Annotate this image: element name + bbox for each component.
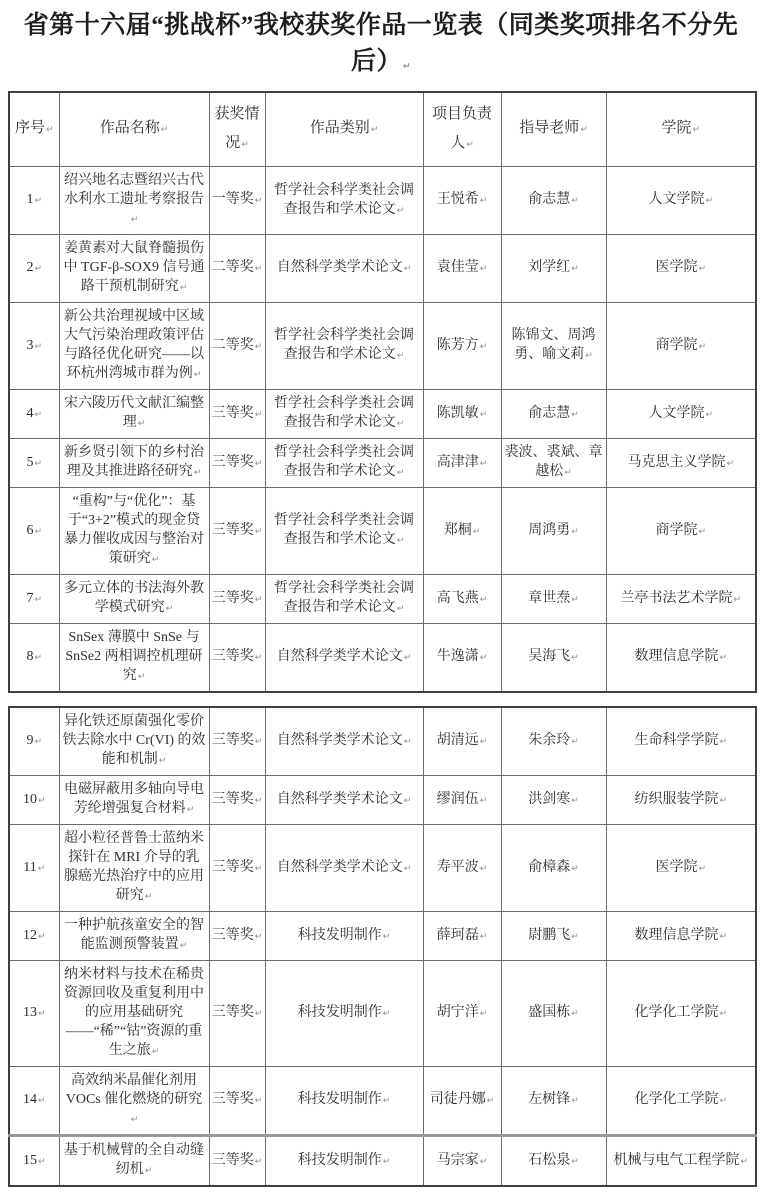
cell-text: 三等奖 (212, 523, 254, 538)
cell-text: 章世焘 (528, 591, 570, 606)
paragraph-mark: ↵ (397, 206, 405, 216)
cell-text: 高飞燕 (437, 591, 479, 606)
page-title: 省第十六届“挑战杯”我校获奖作品一览表（同类奖项排名不分先后）↵ (8, 8, 754, 85)
cell-text: 三等奖 (212, 860, 254, 875)
page-title-text: 省第十六届“挑战杯”我校获奖作品一览表（同类奖项排名不分先后） (24, 12, 739, 75)
paragraph-mark: ↵ (571, 737, 579, 747)
cell-college: 纺织服装学院↵ (606, 776, 756, 825)
cell-category: 自然科学类学术论文↵ (265, 707, 423, 776)
paragraph-mark: ↵ (397, 604, 405, 614)
paragraph-mark: ↵ (480, 653, 488, 663)
paragraph-mark: ↵ (383, 1096, 391, 1106)
cell-text: 13 (23, 1005, 37, 1020)
paragraph-mark: ↵ (255, 459, 263, 469)
cell-category: 自然科学类学术论文↵ (265, 235, 423, 303)
cell-no: 3↵ (9, 303, 59, 390)
cell-text: 三等奖 (212, 1092, 254, 1107)
paragraph-mark: ↵ (255, 1009, 263, 1019)
paragraph-mark: ↵ (571, 595, 579, 605)
cell-text: 哲学社会科学类社会调查报告和学术论文 (274, 581, 414, 615)
cell-category: 科技发明制作↵ (265, 912, 423, 961)
paragraph-mark: ↵ (34, 737, 42, 747)
paragraph-mark: ↵ (255, 342, 263, 352)
cell-college: 人文学院↵ (606, 167, 756, 235)
cell-text: 科技发明制作 (298, 1153, 382, 1168)
paragraph-mark: ↵ (698, 264, 706, 274)
cell-award: 三等奖↵ (209, 390, 265, 439)
cell-advisor: 裘波、裘斌、章越松↵ (501, 439, 606, 488)
cell-advisor: 陈锦文、周鸿勇、喻文莉↵ (501, 303, 606, 390)
paragraph-mark: ↵ (46, 125, 54, 135)
paragraph-mark: ↵ (571, 864, 579, 874)
paragraph-mark: ↵ (480, 196, 488, 206)
cell-text: 人文学院 (648, 192, 704, 207)
paragraph-mark: ↵ (152, 555, 160, 565)
paragraph-mark: ↵ (255, 527, 263, 537)
cell-title: 高效纳米晶催化剂用 VOCs 催化燃烧的研究↵ (59, 1067, 209, 1136)
cell-title: 异化铁还原菌强化零价铁去除水中 Cr(VI) 的效能和机制↵ (59, 707, 209, 776)
paragraph-mark: ↵ (571, 264, 579, 274)
cell-title: 宋六陵历代文献汇编整理↵ (59, 390, 209, 439)
cell-category: 自然科学类学术论文↵ (265, 776, 423, 825)
cell-text: 马宗家 (437, 1153, 479, 1168)
paragraph-mark: ↵ (404, 264, 412, 274)
cell-advisor: 俞志慧↵ (501, 167, 606, 235)
cell-leader: 马宗家↵ (423, 1136, 501, 1187)
paragraph-mark: ↵ (480, 459, 488, 469)
paragraph-mark: ↵ (719, 737, 727, 747)
cell-text: 学院 (661, 120, 691, 136)
paragraph-mark: ↵ (255, 1157, 263, 1167)
cell-text: 新乡贤引领下的乡村治理及其推进路径研究 (64, 445, 204, 479)
awards-table-body-2: 9↵异化铁还原菌强化零价铁去除水中 Cr(VI) 的效能和机制↵三等奖↵自然科学… (9, 707, 756, 1186)
paragraph-mark: ↵ (161, 125, 169, 135)
cell-category: 科技发明制作↵ (265, 1136, 423, 1187)
cell-text: 俞樟森 (528, 860, 570, 875)
cell-text: 朱余玲 (528, 733, 570, 748)
cell-category: 哲学社会科学类社会调查报告和学术论文↵ (265, 575, 423, 624)
cell-text: 自然科学类学术论文 (277, 260, 403, 275)
cell-text: 12 (23, 928, 37, 943)
cell-text: 周鸿勇 (528, 523, 570, 538)
cell-text: 一等奖 (212, 192, 254, 207)
cell-award: 三等奖↵ (209, 707, 265, 776)
paragraph-mark: ↵ (571, 653, 579, 663)
cell-text: 5 (26, 455, 33, 470)
paragraph-mark: ↵ (255, 410, 263, 420)
paragraph-mark: ↵ (719, 1009, 727, 1019)
paragraph-mark: ↵ (571, 1157, 579, 1167)
cell-advisor: 盛国栋↵ (501, 961, 606, 1067)
cell-title: 电磁屏蔽用多轴向导电芳纶增强复合材料↵ (59, 776, 209, 825)
paragraph-mark: ↵ (38, 932, 46, 942)
cell-text: 三等奖 (212, 928, 254, 943)
table-row: 1↵绍兴地名志暨绍兴古代水利水工遗址考察报告↵一等奖↵哲学社会科学类社会调查报告… (9, 167, 756, 235)
paragraph-mark: ↵ (187, 805, 195, 815)
cell-college: 兰亭书法艺术学院↵ (606, 575, 756, 624)
cell-text: 三等奖 (212, 455, 254, 470)
cell-text: 6 (26, 523, 33, 538)
cell-advisor: 洪剑寒↵ (501, 776, 606, 825)
cell-category: 科技发明制作↵ (265, 961, 423, 1067)
cell-text: 自然科学类学术论文 (277, 649, 403, 664)
table-row: 15↵基于机械臂的全自动缝纫机↵三等奖↵科技发明制作↵马宗家↵石松泉↵机械与电气… (9, 1136, 756, 1187)
cell-text: 生命科学学院 (634, 733, 718, 748)
paragraph-mark: ↵ (255, 1096, 263, 1106)
paragraph-mark: ↵ (255, 796, 263, 806)
paragraph-mark: ↵ (38, 796, 46, 806)
cell-text: 尉鹏飞 (528, 928, 570, 943)
cell-college: 机械与电气工程学院↵ (606, 1136, 756, 1187)
cell-text: 纳米材料与技术在稀贵资源回收及重复利用中的应用基础研究——“稀”“钴”资源的重生… (64, 967, 204, 1058)
cell-text: “重构”与“优化”：基于“3+2”模式的现金贷暴力催收成因与整治对策研究 (64, 494, 204, 566)
cell-college: 数理信息学院↵ (606, 912, 756, 961)
paragraph-mark: ↵ (404, 737, 412, 747)
cell-text: 三等奖 (212, 406, 254, 421)
paragraph-mark: ↵ (698, 342, 706, 352)
paragraph-mark: ↵ (692, 125, 700, 135)
cell-leader: 牛逸潇↵ (423, 624, 501, 693)
cell-award: 三等奖↵ (209, 624, 265, 693)
cell-advisor: 周鸿勇↵ (501, 488, 606, 575)
cell-college: 生命科学学院↵ (606, 707, 756, 776)
cell-text: 司徒丹娜 (430, 1092, 486, 1107)
paragraph-mark: ↵ (255, 653, 263, 663)
paragraph-mark: ↵ (480, 1009, 488, 1019)
cell-category: 自然科学类学术论文↵ (265, 825, 423, 912)
cell-no: 8↵ (9, 624, 59, 693)
paragraph-mark: ↵ (397, 468, 405, 478)
paragraph-mark: ↵ (564, 468, 572, 478)
paragraph-mark: ↵ (571, 1096, 579, 1106)
paragraph-mark: ↵ (480, 410, 488, 420)
table-row: 13↵纳米材料与技术在稀贵资源回收及重复利用中的应用基础研究——“稀”“钴”资源… (9, 961, 756, 1067)
paragraph-mark: ↵ (487, 1096, 495, 1106)
paragraph-mark: ↵ (138, 419, 146, 429)
paragraph-mark: ↵ (705, 410, 713, 420)
cell-college: 数理信息学院↵ (606, 624, 756, 693)
paragraph-mark: ↵ (698, 527, 706, 537)
paragraph-mark: ↵ (571, 527, 579, 537)
cell-text: 自然科学类学术论文 (277, 860, 403, 875)
cell-no: 2↵ (9, 235, 59, 303)
cell-text: 基于机械臂的全自动缝纫机 (64, 1143, 204, 1177)
table-row: 11↵超小粒径普鲁士蓝纳米探针在 MRI 介导的乳腺癌光热治疗中的应用研究↵三等… (9, 825, 756, 912)
cell-leader: 缪润伍↵ (423, 776, 501, 825)
cell-advisor: 尉鹏飞↵ (501, 912, 606, 961)
paragraph-mark: ↵ (255, 932, 263, 942)
header-no: 序号↵ (9, 92, 59, 167)
cell-text: 三等奖 (212, 733, 254, 748)
paragraph-mark: ↵ (705, 196, 713, 206)
cell-text: 10 (23, 792, 37, 807)
paragraph-mark: ↵ (580, 125, 588, 135)
cell-no: 11↵ (9, 825, 59, 912)
cell-title: 一种护航孩童安全的智能监测预警装置↵ (59, 912, 209, 961)
cell-text: SnSex 薄膜中 SnSe 与 SnSe2 两相调控机理研究 (65, 630, 202, 683)
table-row: 4↵宋六陵历代文献汇编整理↵三等奖↵哲学社会科学类社会调查报告和学术论文↵陈凯敏… (9, 390, 756, 439)
cell-text: 化学化工学院 (634, 1092, 718, 1107)
paragraph-mark: ↵ (719, 1096, 727, 1106)
paragraph-mark: ↵ (404, 653, 412, 663)
paragraph-mark: ↵ (719, 796, 727, 806)
paragraph-mark: ↵ (397, 536, 405, 546)
cell-award: 一等奖↵ (209, 167, 265, 235)
cell-text: 胡宁洋 (437, 1005, 479, 1020)
cell-award: 三等奖↵ (209, 825, 265, 912)
cell-leader: 高飞燕↵ (423, 575, 501, 624)
cell-award: 二等奖↵ (209, 303, 265, 390)
paragraph-mark: ↵ (733, 595, 741, 605)
paragraph-mark: ↵ (145, 892, 153, 902)
cell-text: 指导老师 (519, 120, 579, 136)
cell-text: 左树锋 (528, 1092, 570, 1107)
cell-award: 三等奖↵ (209, 961, 265, 1067)
table-row: 5↵新乡贤引领下的乡村治理及其推进路径研究↵三等奖↵哲学社会科学类社会调查报告和… (9, 439, 756, 488)
paragraph-mark: ↵ (255, 196, 263, 206)
cell-title: 新公共治理视域中区域大气污染治理政策评估与路径优化研究——以环杭州湾城市群为例↵ (59, 303, 209, 390)
cell-title: 超小粒径普鲁士蓝纳米探针在 MRI 介导的乳腺癌光热治疗中的应用研究↵ (59, 825, 209, 912)
cell-title: 多元立体的书法海外教学模式研究↵ (59, 575, 209, 624)
cell-text: 胡清远 (437, 733, 479, 748)
cell-text: 科技发明制作 (298, 928, 382, 943)
cell-no: 14↵ (9, 1067, 59, 1136)
paragraph-mark: ↵ (740, 1157, 748, 1167)
cell-leader: 胡清远↵ (423, 707, 501, 776)
cell-text: 牛逸潇 (437, 649, 479, 664)
cell-category: 哲学社会科学类社会调查报告和学术论文↵ (265, 439, 423, 488)
cell-text: 吴海飞 (528, 649, 570, 664)
cell-text: 数理信息学院 (634, 649, 718, 664)
cell-text: 陈凯敏 (437, 406, 479, 421)
cell-text: 俞志慧 (528, 192, 570, 207)
paragraph-mark: ↵ (480, 737, 488, 747)
cell-award: 三等奖↵ (209, 575, 265, 624)
header-category: 作品类别↵ (265, 92, 423, 167)
cell-text: 11 (23, 860, 36, 875)
cell-advisor: 左树锋↵ (501, 1067, 606, 1136)
cell-text: 8 (26, 649, 33, 664)
cell-category: 哲学社会科学类社会调查报告和学术论文↵ (265, 303, 423, 390)
paragraph-mark: ↵ (194, 468, 202, 478)
cell-advisor: 俞樟森↵ (501, 825, 606, 912)
paragraph-mark: ↵ (571, 196, 579, 206)
cell-text: 高津津 (437, 455, 479, 470)
paragraph-mark: ↵ (34, 264, 42, 274)
cell-award: 三等奖↵ (209, 488, 265, 575)
paragraph-mark: ↵ (404, 864, 412, 874)
cell-text: 高效纳米晶催化剂用 VOCs 催化燃烧的研究 (66, 1073, 203, 1107)
cell-college: 化学化工学院↵ (606, 1067, 756, 1136)
paragraph-mark: ↵ (726, 459, 734, 469)
paragraph-mark: ↵ (241, 140, 249, 150)
paragraph-mark: ↵ (473, 527, 481, 537)
header-row: 序号↵作品名称↵获奖情况↵作品类别↵项目负责人↵指导老师↵学院↵ (9, 92, 756, 167)
cell-text: 盛国栋 (528, 1005, 570, 1020)
cell-leader: 薛珂磊↵ (423, 912, 501, 961)
cell-text: 机械与电气工程学院 (613, 1153, 739, 1168)
cell-text: 洪剑寒 (528, 792, 570, 807)
cell-no: 12↵ (9, 912, 59, 961)
table-row: 3↵新公共治理视域中区域大气污染治理政策评估与路径优化研究——以环杭州湾城市群为… (9, 303, 756, 390)
paragraph-mark: ↵ (34, 459, 42, 469)
paragraph-mark: ↵ (404, 796, 412, 806)
cell-text: 商学院 (655, 338, 697, 353)
paragraph-mark: ↵ (571, 1009, 579, 1019)
paragraph-mark: ↵ (383, 932, 391, 942)
cell-text: 医学院 (655, 260, 697, 275)
paragraph-mark: ↵ (38, 864, 46, 874)
cell-category: 哲学社会科学类社会调查报告和学术论文↵ (265, 390, 423, 439)
table-row: 14↵高效纳米晶催化剂用 VOCs 催化燃烧的研究↵三等奖↵科技发明制作↵司徒丹… (9, 1067, 756, 1136)
cell-college: 医学院↵ (606, 235, 756, 303)
cell-text: 7 (26, 591, 33, 606)
cell-text: 电磁屏蔽用多轴向导电芳纶增强复合材料 (64, 782, 204, 816)
paragraph-mark: ↵ (145, 1166, 153, 1176)
paragraph-mark: ↵ (397, 419, 405, 429)
paragraph-mark: ↵ (571, 932, 579, 942)
table-row: 8↵SnSex 薄膜中 SnSe 与 SnSe2 两相调控机理研究↵三等奖↵自然… (9, 624, 756, 693)
cell-advisor: 朱余玲↵ (501, 707, 606, 776)
paragraph-mark: ↵ (194, 370, 202, 380)
cell-text: 二等奖 (212, 260, 254, 275)
paragraph-mark: ↵ (719, 932, 727, 942)
awards-table-section-2: 9↵异化铁还原菌强化零价铁去除水中 Cr(VI) 的效能和机制↵三等奖↵自然科学… (8, 706, 757, 1187)
cell-text: 二等奖 (212, 338, 254, 353)
cell-award: 三等奖↵ (209, 1067, 265, 1136)
cell-college: 化学化工学院↵ (606, 961, 756, 1067)
header-leader: 项目负责人↵ (423, 92, 501, 167)
cell-text: 1 (26, 192, 33, 207)
cell-advisor: 吴海飞↵ (501, 624, 606, 693)
paragraph-mark: ↵ (180, 283, 188, 293)
cell-no: 1↵ (9, 167, 59, 235)
cell-leader: 陈芳方↵ (423, 303, 501, 390)
header-award: 获奖情况↵ (209, 92, 265, 167)
cell-text: 寿平波 (437, 860, 479, 875)
paragraph-mark: ↵ (397, 351, 405, 361)
cell-text: 异化铁还原菌强化零价铁去除水中 Cr(VI) 的效能和机制 (62, 714, 205, 767)
cell-text: 4 (26, 406, 33, 421)
cell-no: 5↵ (9, 439, 59, 488)
paragraph-mark: ↵ (38, 1157, 46, 1167)
cell-award: 二等奖↵ (209, 235, 265, 303)
paragraph-mark: ↵ (480, 342, 488, 352)
cell-text: 作品名称 (100, 120, 160, 136)
cell-text: 哲学社会科学类社会调查报告和学术论文 (274, 328, 414, 362)
cell-title: “重构”与“优化”：基于“3+2”模式的现金贷暴力催收成因与整治对策研究↵ (59, 488, 209, 575)
paragraph-mark: ↵ (585, 351, 593, 361)
cell-leader: 陈凯敏↵ (423, 390, 501, 439)
paragraph-mark: ↵ (255, 264, 263, 274)
cell-text: 数理信息学院 (634, 928, 718, 943)
table-section-gap (8, 693, 754, 706)
cell-leader: 王悦希↵ (423, 167, 501, 235)
cell-text: 刘学红 (528, 260, 570, 275)
cell-text: 15 (23, 1153, 37, 1168)
cell-text: 自然科学类学术论文 (277, 733, 403, 748)
table-row: 10↵电磁屏蔽用多轴向导电芳纶增强复合材料↵三等奖↵自然科学类学术论文↵缪润伍↵… (9, 776, 756, 825)
cell-text: 兰亭书法艺术学院 (620, 591, 732, 606)
paragraph-mark: ↵ (138, 672, 146, 682)
paragraph-mark: ↵ (152, 1047, 160, 1057)
cell-category: 科技发明制作↵ (265, 1067, 423, 1136)
paragraph-mark: ↵ (719, 653, 727, 663)
cell-text: 陈芳方 (437, 338, 479, 353)
paragraph-mark: ↵ (34, 342, 42, 352)
cell-text: 三等奖 (212, 1005, 254, 1020)
cell-text: 三等奖 (212, 649, 254, 664)
awards-table-section-1: 序号↵作品名称↵获奖情况↵作品类别↵项目负责人↵指导老师↵学院↵ 1↵绍兴地名志… (8, 91, 757, 693)
cell-no: 10↵ (9, 776, 59, 825)
cell-advisor: 石松泉↵ (501, 1136, 606, 1187)
cell-title: 新乡贤引领下的乡村治理及其推进路径研究↵ (59, 439, 209, 488)
cell-text: 多元立体的书法海外教学模式研究 (64, 581, 204, 615)
paragraph-mark: ↵ (255, 737, 263, 747)
cell-text: 超小粒径普鲁士蓝纳米探针在 MRI 介导的乳腺癌光热治疗中的应用研究 (64, 831, 204, 903)
cell-text: 三等奖 (212, 1153, 254, 1168)
cell-text: 获奖情况 (214, 106, 259, 151)
cell-title: 绍兴地名志暨绍兴古代水利水工遗址考察报告↵ (59, 167, 209, 235)
paragraph-mark: ↵ (383, 1157, 391, 1167)
cell-text: 2 (26, 260, 33, 275)
cell-text: 三等奖 (212, 792, 254, 807)
paragraph-mark: ↵ (255, 864, 263, 874)
paragraph-mark: ↵ (131, 1115, 139, 1125)
cell-text: 人文学院 (648, 406, 704, 421)
paragraph-mark: ↵ (180, 941, 188, 951)
table-row: 12↵一种护航孩童安全的智能监测预警装置↵三等奖↵科技发明制作↵薛珂磊↵尉鹏飞↵… (9, 912, 756, 961)
paragraph-mark: ↵ (480, 1157, 488, 1167)
cell-college: 人文学院↵ (606, 390, 756, 439)
cell-college: 商学院↵ (606, 488, 756, 575)
header-title: 作品名称↵ (59, 92, 209, 167)
paragraph-mark: ↵ (255, 595, 263, 605)
cell-text: 序号 (15, 120, 45, 136)
awards-table-header: 序号↵作品名称↵获奖情况↵作品类别↵项目负责人↵指导老师↵学院↵ (9, 92, 756, 167)
paragraph-mark: ↵ (34, 196, 42, 206)
paragraph-mark: ↵ (480, 932, 488, 942)
cell-title: 纳米材料与技术在稀贵资源回收及重复利用中的应用基础研究——“稀”“钴”资源的重生… (59, 961, 209, 1067)
cell-text: 俞志慧 (528, 406, 570, 421)
paragraph-mark: ↵ (34, 410, 42, 420)
cell-title: 姜黄素对大鼠脊髓损伤中 TGF-β-SOX9 信号通路干预机制研究↵ (59, 235, 209, 303)
cell-text: 袁佳莹 (437, 260, 479, 275)
cell-category: 自然科学类学术论文↵ (265, 624, 423, 693)
cell-text: 陈锦文、周鸿勇、喻文莉 (512, 328, 596, 362)
cell-text: 薛珂磊 (437, 928, 479, 943)
document-page: 省第十六届“挑战杯”我校获奖作品一览表（同类奖项排名不分先后）↵ 序号↵作品名称… (0, 0, 761, 1197)
cell-text: 科技发明制作 (298, 1005, 382, 1020)
cell-no: 15↵ (9, 1136, 59, 1187)
cell-text: 科技发明制作 (298, 1092, 382, 1107)
cell-text: 裘波、裘斌、章越松 (505, 445, 603, 479)
paragraph-mark: ↵ (480, 796, 488, 806)
cell-leader: 司徒丹娜↵ (423, 1067, 501, 1136)
cell-text: 14 (23, 1092, 37, 1107)
cell-award: 三等奖↵ (209, 439, 265, 488)
cell-text: 马克思主义学院 (627, 455, 725, 470)
cell-text: 作品类别 (310, 120, 370, 136)
cell-text: 哲学社会科学类社会调查报告和学术论文 (274, 513, 414, 547)
cell-college: 商学院↵ (606, 303, 756, 390)
cell-text: 新公共治理视域中区域大气污染治理政策评估与路径优化研究——以环杭州湾城市群为例 (64, 309, 204, 381)
cell-text: 绍兴地名志暨绍兴古代水利水工遗址考察报告 (64, 173, 204, 207)
cell-text: 哲学社会科学类社会调查报告和学术论文 (274, 183, 414, 217)
cell-text: 哲学社会科学类社会调查报告和学术论文 (274, 396, 414, 430)
cell-no: 9↵ (9, 707, 59, 776)
cell-leader: 寿平波↵ (423, 825, 501, 912)
